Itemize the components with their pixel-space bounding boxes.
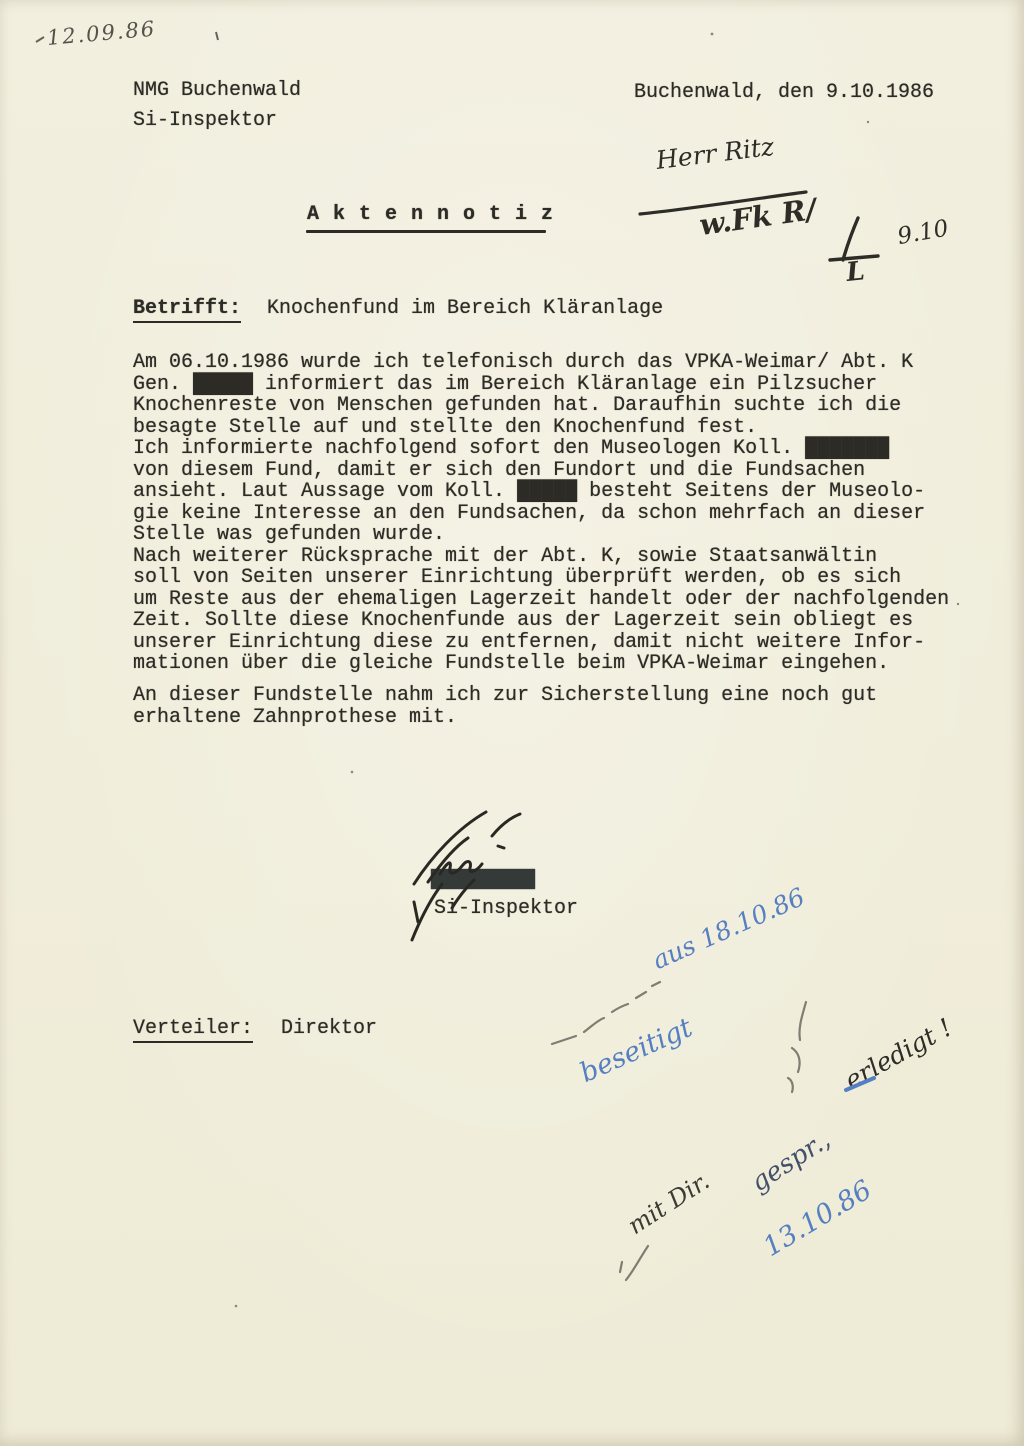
body-text-line: An dieser Fundstelle nahm ich zur Sicher…: [133, 685, 877, 707]
header-place-date: Buchenwald, den 9.10.1986: [634, 78, 934, 108]
subject-label: Betrifft:: [133, 297, 241, 323]
header-author-role: Si-Inspektor: [133, 106, 301, 136]
body-text-line: Am 06.10.1986 wurde ich telefonisch durc…: [133, 352, 949, 374]
body-text-line: mationen über die gleiche Fundstelle bei…: [133, 653, 949, 675]
note-spoke-mit-dir: mit Dir.: [623, 1167, 715, 1240]
body-text-line: von diesem Fund, damit er sich den Fundo…: [133, 460, 949, 482]
title-underline: [306, 230, 546, 233]
body-text-line: Nach weiterer Rücksprache mit der Abt. K…: [133, 546, 949, 568]
routing-note-name: Herr Ritz: [654, 132, 775, 175]
body-text-line: um Reste aus der ehemaligen Lagerzeit ha…: [133, 589, 949, 611]
note-removed: beseitigt: [575, 1012, 697, 1089]
note-spoke-gespr: gespr.,: [746, 1125, 836, 1198]
body-text-line: unserer Einrichtung diese zu entfernen, …: [133, 632, 949, 654]
distribution-label: Verteiler:: [133, 1017, 253, 1043]
routing-fraction-stroke: [830, 218, 878, 260]
body-text-line: Ich informierte nachfolgend sofort den M…: [133, 438, 949, 460]
pencil-date-note: 12.09.86: [46, 17, 157, 50]
distribution-value: Direktor: [281, 1017, 377, 1040]
scanned-document-page: 12.09.86 NMG Buchenwald Si-Inspektor Buc…: [0, 0, 1024, 1446]
subject-text: Knochenfund im Bereich Kläranlage: [267, 297, 663, 320]
signature-name-redaction: [431, 869, 535, 889]
body-text-line: besagte Stelle auf und stellte den Knoch…: [133, 417, 949, 439]
routing-note-sub-initial: L: [845, 256, 866, 288]
body-text-line: Knochenreste von Menschen gefunden hat. …: [133, 395, 949, 417]
note-removed-date: aus 18.10.86: [648, 882, 809, 975]
body-text-line: Stelle was gefunden wurde.: [133, 524, 949, 546]
body-text-line: soll von Seiten unserer Einrichtung über…: [133, 567, 949, 589]
body-text-line: Zeit. Sollte diese Knochenfunde aus der …: [133, 610, 949, 632]
body-paragraph-1: Am 06.10.1986 wurde ich telefonisch durc…: [133, 352, 949, 675]
body-text-line: Gen. █████ informiert das im Bereich Klä…: [133, 374, 949, 396]
body-text-line: ansieht. Laut Aussage vom Koll. █████ be…: [133, 481, 949, 503]
routing-note-initials: w.Fk R/: [697, 192, 818, 242]
signature-role: Si-Inspektor: [434, 894, 578, 924]
body-paragraph-2: An dieser Fundstelle nahm ich zur Sicher…: [133, 685, 877, 728]
body-text-line: gie keine Interesse an den Fundsachen, d…: [133, 503, 949, 525]
routing-note-time: 9.10: [895, 216, 950, 250]
document-title: A k t e n n o t i z: [307, 200, 554, 230]
body-text-line: erhaltene Zahnprothese mit.: [133, 707, 877, 729]
header-org: NMG Buchenwald: [133, 76, 301, 106]
note-done: erledigt !: [840, 1013, 957, 1095]
